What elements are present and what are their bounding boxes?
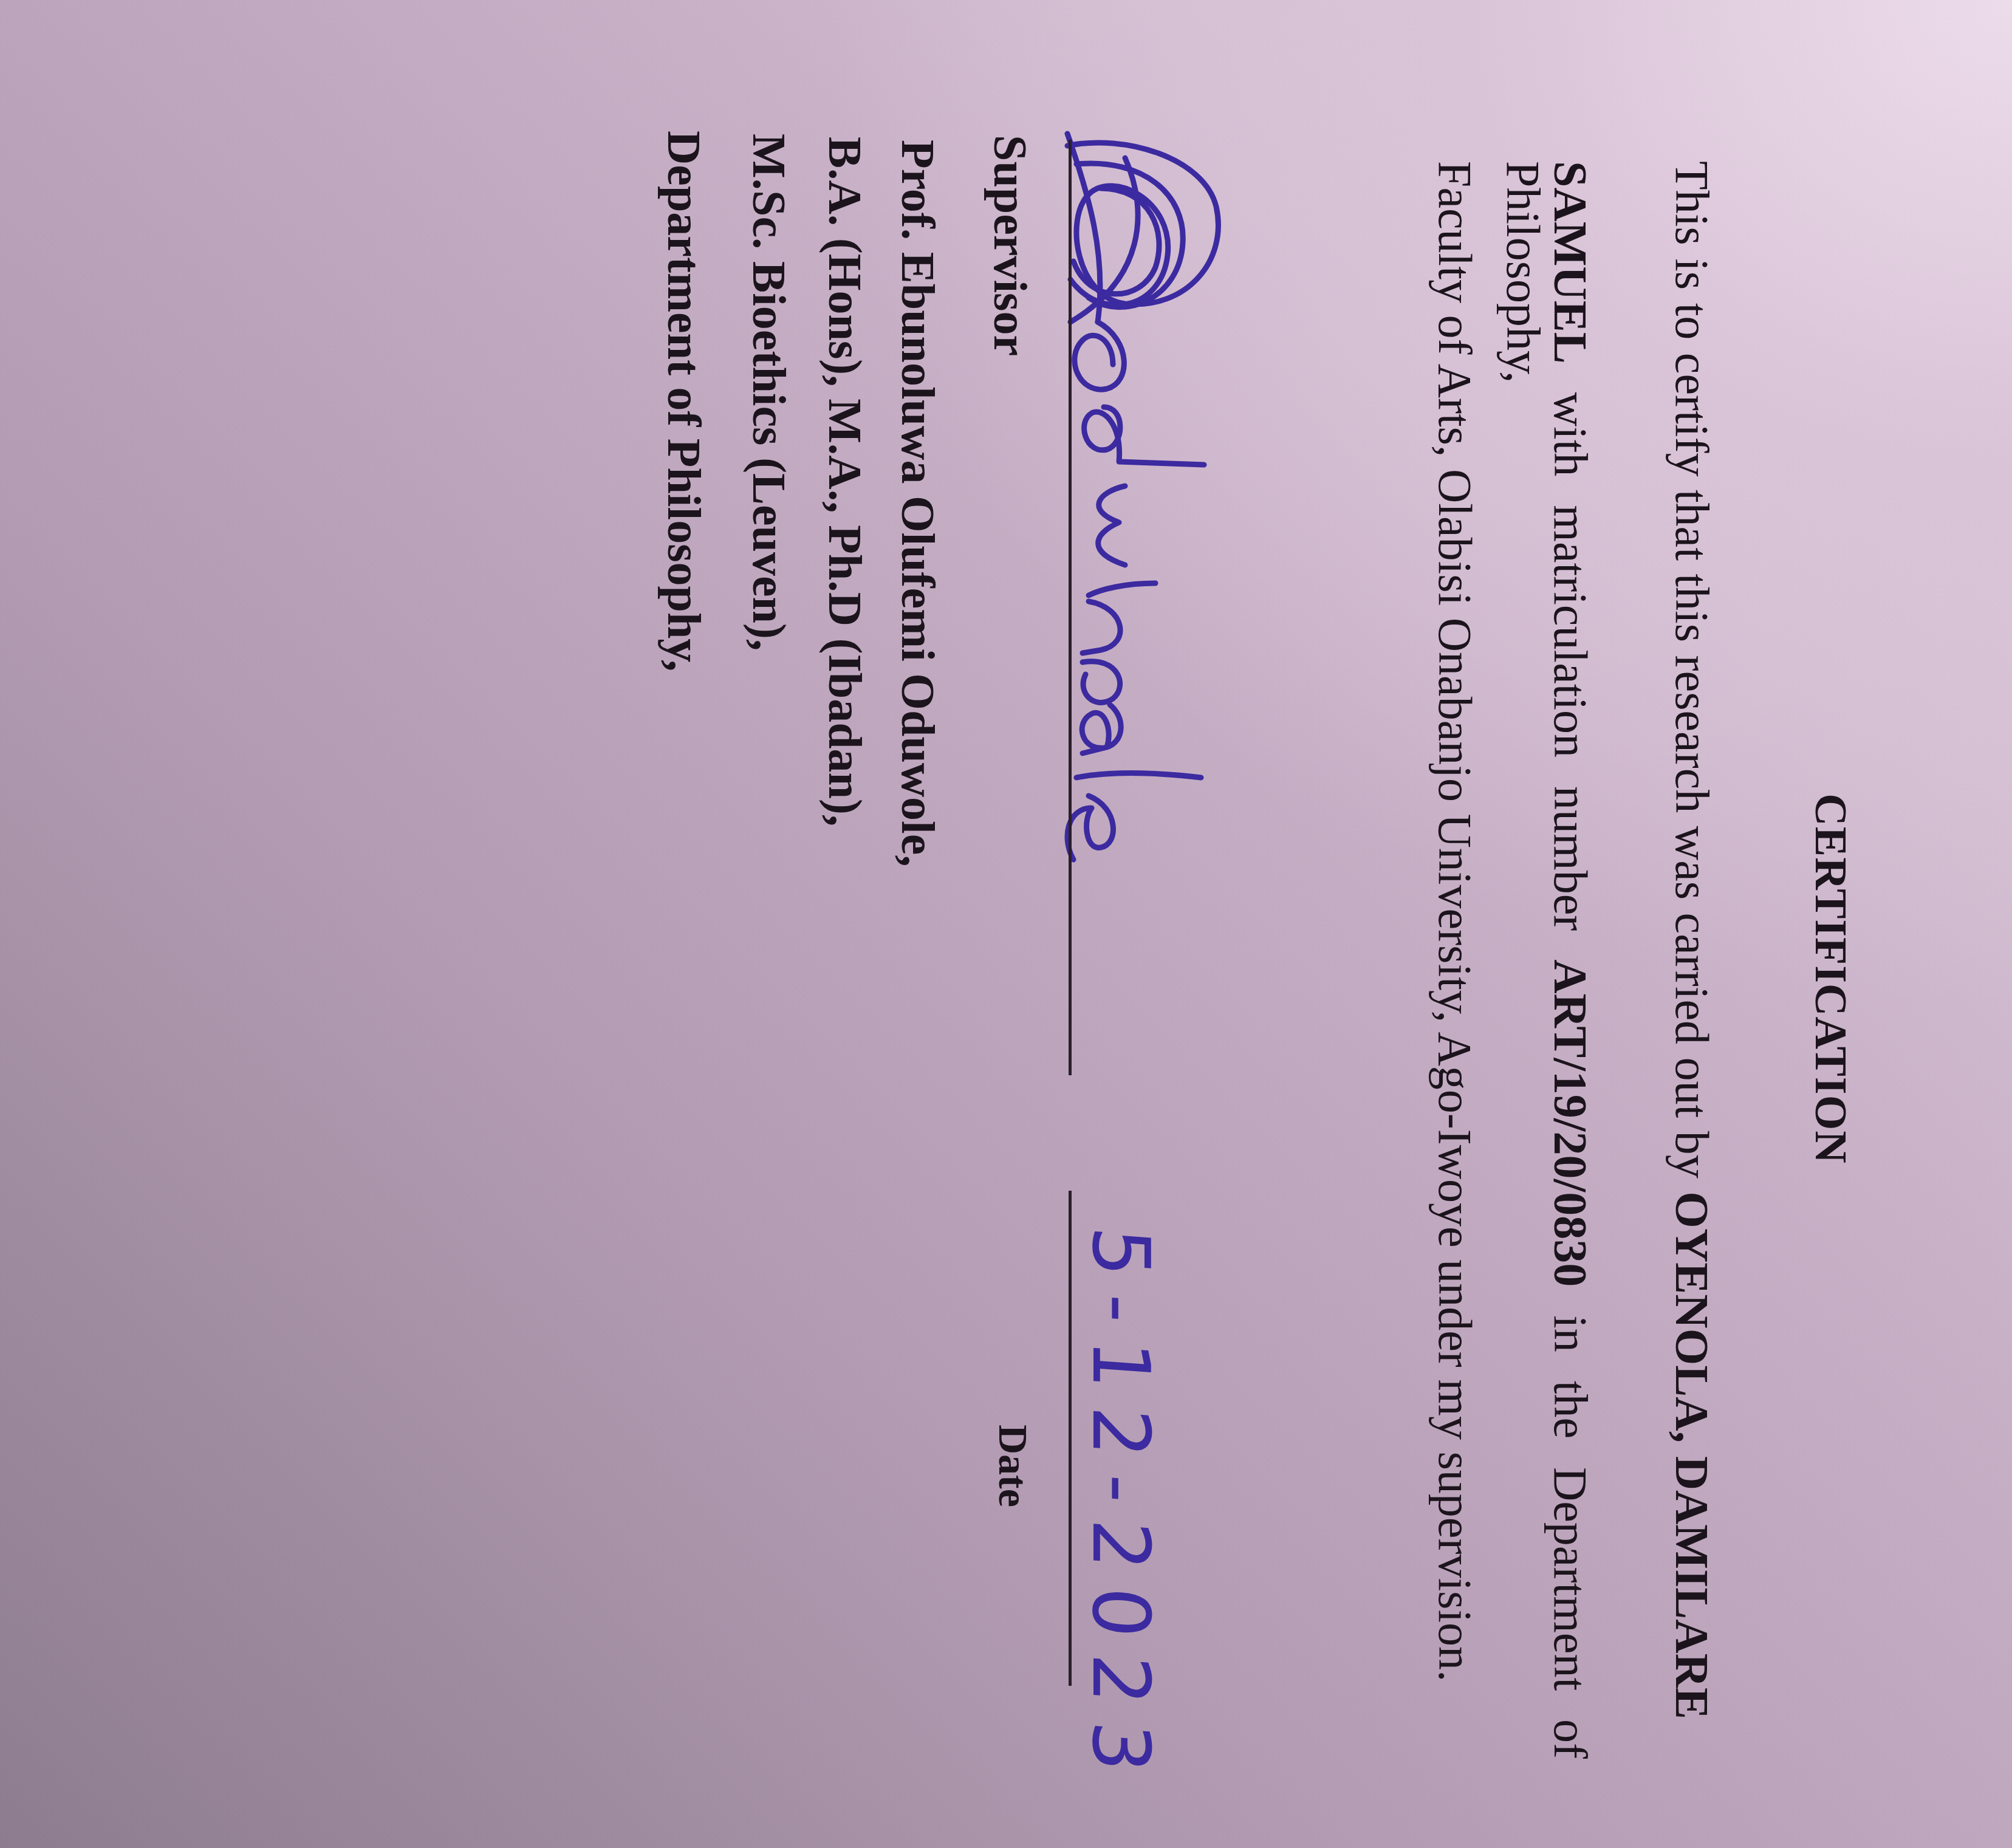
photo-background: CERTIFICATION This is to certify that th… [0, 0, 2012, 1848]
student-middlename: SAMUEL [1544, 161, 1597, 364]
supervisor-signature [1064, 121, 1307, 1154]
supervisor-name: Prof. Ebunoluwa Olufemi Oduwole, [894, 140, 942, 867]
body-line-3: Faculty of Arts, Olabisi Onabanjo Univer… [1431, 161, 1479, 1682]
signature-label: Supervisor [987, 135, 1034, 356]
body-line-1: This is to certify that this research wa… [1668, 161, 1716, 1719]
student-surname: OYENOLA, [1666, 1191, 1719, 1443]
supervisor-department: Department of Philosophy, [660, 131, 708, 672]
date-handwritten: 5-12-2023 [1081, 1224, 1160, 1792]
date-label: Date [993, 1425, 1034, 1507]
matric-number: ART/19/20/0830 [1544, 959, 1597, 1287]
signature-line [1069, 140, 1072, 1075]
supervisor-qualification-2: M.Sc. Bioethics (Leuven), [745, 134, 793, 651]
certification-page: CERTIFICATION This is to certify that th… [0, 0, 2012, 1848]
body-line-2-text-a: with matriculation number [1544, 364, 1597, 960]
date-line [1069, 1191, 1072, 1686]
supervisor-qualification-1: B.A. (Hons), M.A., Ph.D (Ibadan), [821, 137, 869, 826]
student-firstname: DAMILARE [1666, 1456, 1719, 1719]
page-title: CERTIFICATION [1808, 0, 1853, 1848]
body-line-2: SAMUEL with matriculation number ART/19/… [1499, 161, 1594, 1759]
body-line-1-text: This is to certify that this research wa… [1666, 161, 1719, 1191]
